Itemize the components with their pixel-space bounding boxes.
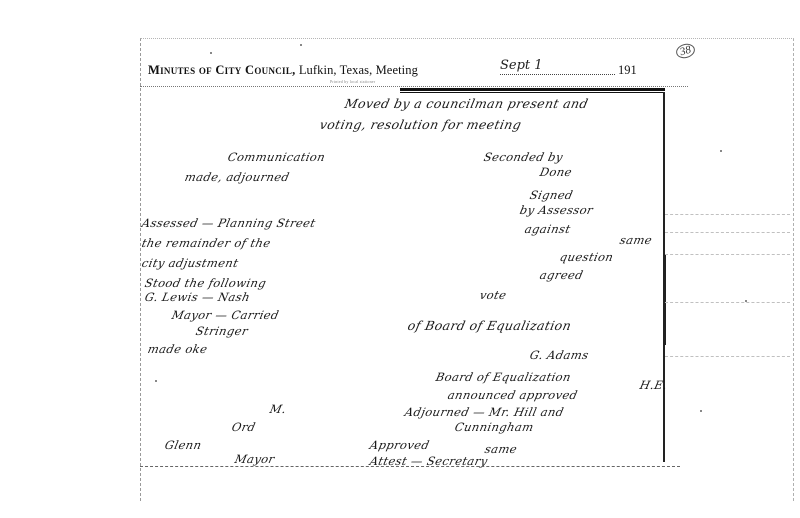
- closing-line: Ord: [231, 420, 257, 434]
- margin-dash: [665, 254, 790, 255]
- body-right-line: by Assessor: [519, 203, 595, 217]
- board-line: of Board of Equalization: [406, 318, 572, 333]
- signature-line: Board of Equalization: [435, 370, 573, 384]
- right-margin-area: [665, 92, 790, 462]
- header-rule: [140, 86, 688, 87]
- signature-line: Cunningham: [454, 420, 536, 434]
- opening-line: Moved by a councilman present and: [343, 96, 589, 111]
- body-right-line: Done: [539, 165, 574, 179]
- scan-speck: [155, 380, 157, 382]
- body-line: the remainder of the: [141, 236, 273, 250]
- margin-dash: [665, 302, 790, 303]
- scan-speck: [720, 150, 722, 152]
- body-right-line: vote: [479, 288, 508, 302]
- body-right-line: against: [524, 222, 572, 236]
- printer-imprint: Printed by local stationer: [330, 79, 375, 84]
- body-right-line: same: [619, 233, 654, 247]
- body-line: G. Lewis — Nash: [144, 290, 252, 304]
- signature-line: Adjourned — Mr. Hill and: [404, 405, 566, 419]
- body-line: Stood the following: [144, 276, 268, 290]
- header-handwritten-date: Sept 1: [500, 58, 615, 75]
- margin-dash: [665, 232, 790, 233]
- body-line: Mayor — Carried: [171, 308, 281, 322]
- header-title: Minutes of City Council,: [148, 63, 296, 77]
- closing-line: M.: [269, 402, 288, 416]
- body-line: city adjustment: [141, 256, 240, 270]
- header-location: Lufkin, Texas, Meeting: [299, 63, 418, 77]
- header-double-rule-lower: [400, 92, 665, 93]
- scan-speck: [700, 410, 702, 412]
- closing-line: Glenn: [164, 438, 203, 452]
- scan-speck: [745, 300, 747, 302]
- body-right-line: agreed: [539, 268, 585, 282]
- body-right-line: Seconded by: [483, 150, 565, 164]
- body-line: made oke: [147, 342, 209, 356]
- closing-line: Approved: [369, 438, 431, 452]
- header-double-rule: [400, 88, 665, 91]
- closing-right-line: same: [484, 442, 519, 456]
- body-line: Assessed — Planning Street: [141, 216, 317, 230]
- body-line: Stringer: [195, 324, 250, 338]
- margin-dash: [665, 214, 790, 215]
- scan-speck: [210, 52, 212, 54]
- minutes-header: Minutes of City Council, Lufkin, Texas, …: [148, 63, 418, 78]
- closing-line: Mayor: [234, 452, 277, 466]
- margin-dash: [665, 356, 790, 357]
- margin-note: H.E.: [639, 378, 669, 392]
- body-line: Communication: [227, 150, 327, 164]
- body-right-line: question: [559, 250, 615, 264]
- body-right-line: Signed: [529, 188, 575, 202]
- bottom-rule: [140, 466, 680, 467]
- signature-line: announced approved: [447, 388, 580, 402]
- signature-line: G. Adams: [529, 348, 591, 362]
- scan-speck: [300, 44, 302, 46]
- body-line: made, adjourned: [184, 170, 291, 184]
- opening-line: voting, resolution for meeting: [318, 117, 523, 132]
- header-year: 191: [618, 63, 637, 78]
